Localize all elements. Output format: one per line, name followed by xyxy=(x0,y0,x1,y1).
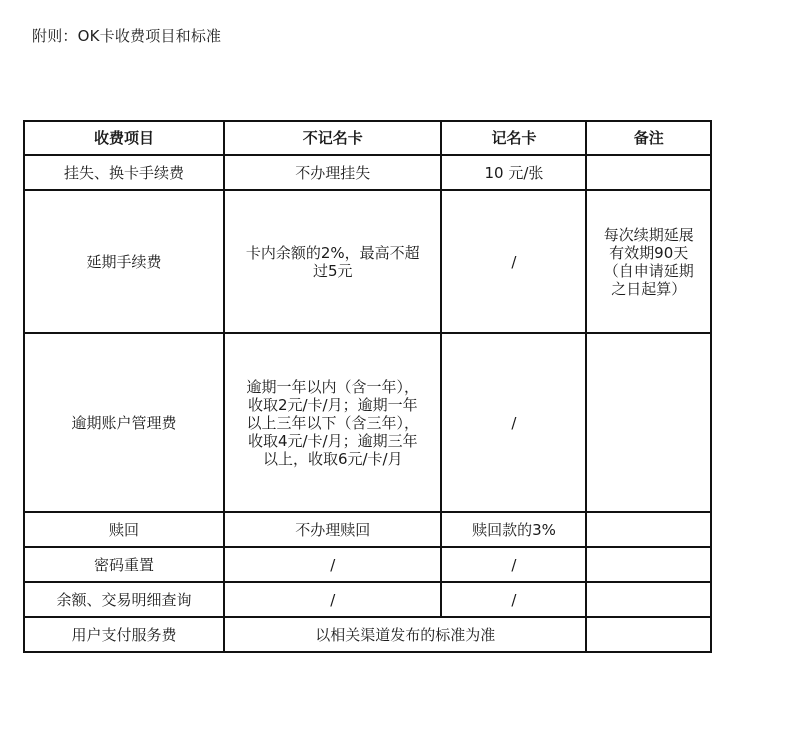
table-row: 余额、交易明细查询 / / xyxy=(24,582,711,617)
cell-anonymous: / xyxy=(224,547,441,582)
header-fee-item: 收费项目 xyxy=(24,121,224,155)
cell-registered: / xyxy=(441,582,586,617)
table-row: 挂失、换卡手续费 不办理挂失 10 元/张 xyxy=(24,155,711,190)
cell-line: 逾期一年以内（含一年）， xyxy=(229,378,436,396)
cell-note xyxy=(586,582,711,617)
cell-item: 延期手续费 xyxy=(24,190,224,333)
cell-anonymous: 逾期一年以内（含一年）， 收取2元/卡/月；逾期一年 以上三年以下（含三年）， … xyxy=(224,333,441,512)
cell-note xyxy=(586,155,711,190)
cell-line: 以上，收取6元/卡/月 xyxy=(229,450,436,468)
header-note: 备注 xyxy=(586,121,711,155)
cell-item: 用户支付服务费 xyxy=(24,617,224,652)
table-row: 逾期账户管理费 逾期一年以内（含一年）， 收取2元/卡/月；逾期一年 以上三年以… xyxy=(24,333,711,512)
cell-note: 每次续期延展 有效期90天 （自申请延期 之日起算） xyxy=(586,190,711,333)
cell-registered: 赎回款的3% xyxy=(441,512,586,547)
cell-line: 过5元 xyxy=(229,262,436,280)
cell-note xyxy=(586,512,711,547)
header-registered-card: 记名卡 xyxy=(441,121,586,155)
cell-line: 以上三年以下（含三年）， xyxy=(229,414,436,432)
cell-line: 有效期90天 xyxy=(591,244,706,262)
cell-merged: 以相关渠道发布的标准为准 xyxy=(224,617,586,652)
cell-line: 卡内余额的2%，最高不超 xyxy=(229,244,436,262)
cell-line: 之日起算） xyxy=(591,280,706,298)
cell-item: 逾期账户管理费 xyxy=(24,333,224,512)
cell-registered: / xyxy=(441,333,586,512)
cell-line: 每次续期延展 xyxy=(591,226,706,244)
cell-note xyxy=(586,617,711,652)
document-title: 附则：OK卡收费项目和标准 xyxy=(32,25,221,46)
cell-registered: / xyxy=(441,547,586,582)
fee-table: 收费项目 不记名卡 记名卡 备注 挂失、换卡手续费 不办理挂失 10 元/张 延… xyxy=(23,120,712,653)
cell-item: 密码重置 xyxy=(24,547,224,582)
cell-anonymous: 不办理赎回 xyxy=(224,512,441,547)
cell-anonymous: / xyxy=(224,582,441,617)
cell-registered: 10 元/张 xyxy=(441,155,586,190)
table-row: 延期手续费 卡内余额的2%，最高不超 过5元 / 每次续期延展 有效期90天 （… xyxy=(24,190,711,333)
cell-line: 收取2元/卡/月；逾期一年 xyxy=(229,396,436,414)
table-row: 用户支付服务费 以相关渠道发布的标准为准 xyxy=(24,617,711,652)
table-header-row: 收费项目 不记名卡 记名卡 备注 xyxy=(24,121,711,155)
cell-note xyxy=(586,547,711,582)
cell-note xyxy=(586,333,711,512)
cell-item: 余额、交易明细查询 xyxy=(24,582,224,617)
cell-line: （自申请延期 xyxy=(591,262,706,280)
cell-item: 挂失、换卡手续费 xyxy=(24,155,224,190)
header-anonymous-card: 不记名卡 xyxy=(224,121,441,155)
cell-registered: / xyxy=(441,190,586,333)
cell-item: 赎回 xyxy=(24,512,224,547)
table-row: 密码重置 / / xyxy=(24,547,711,582)
cell-anonymous: 卡内余额的2%，最高不超 过5元 xyxy=(224,190,441,333)
cell-line: 收取4元/卡/月；逾期三年 xyxy=(229,432,436,450)
table-row: 赎回 不办理赎回 赎回款的3% xyxy=(24,512,711,547)
cell-anonymous: 不办理挂失 xyxy=(224,155,441,190)
